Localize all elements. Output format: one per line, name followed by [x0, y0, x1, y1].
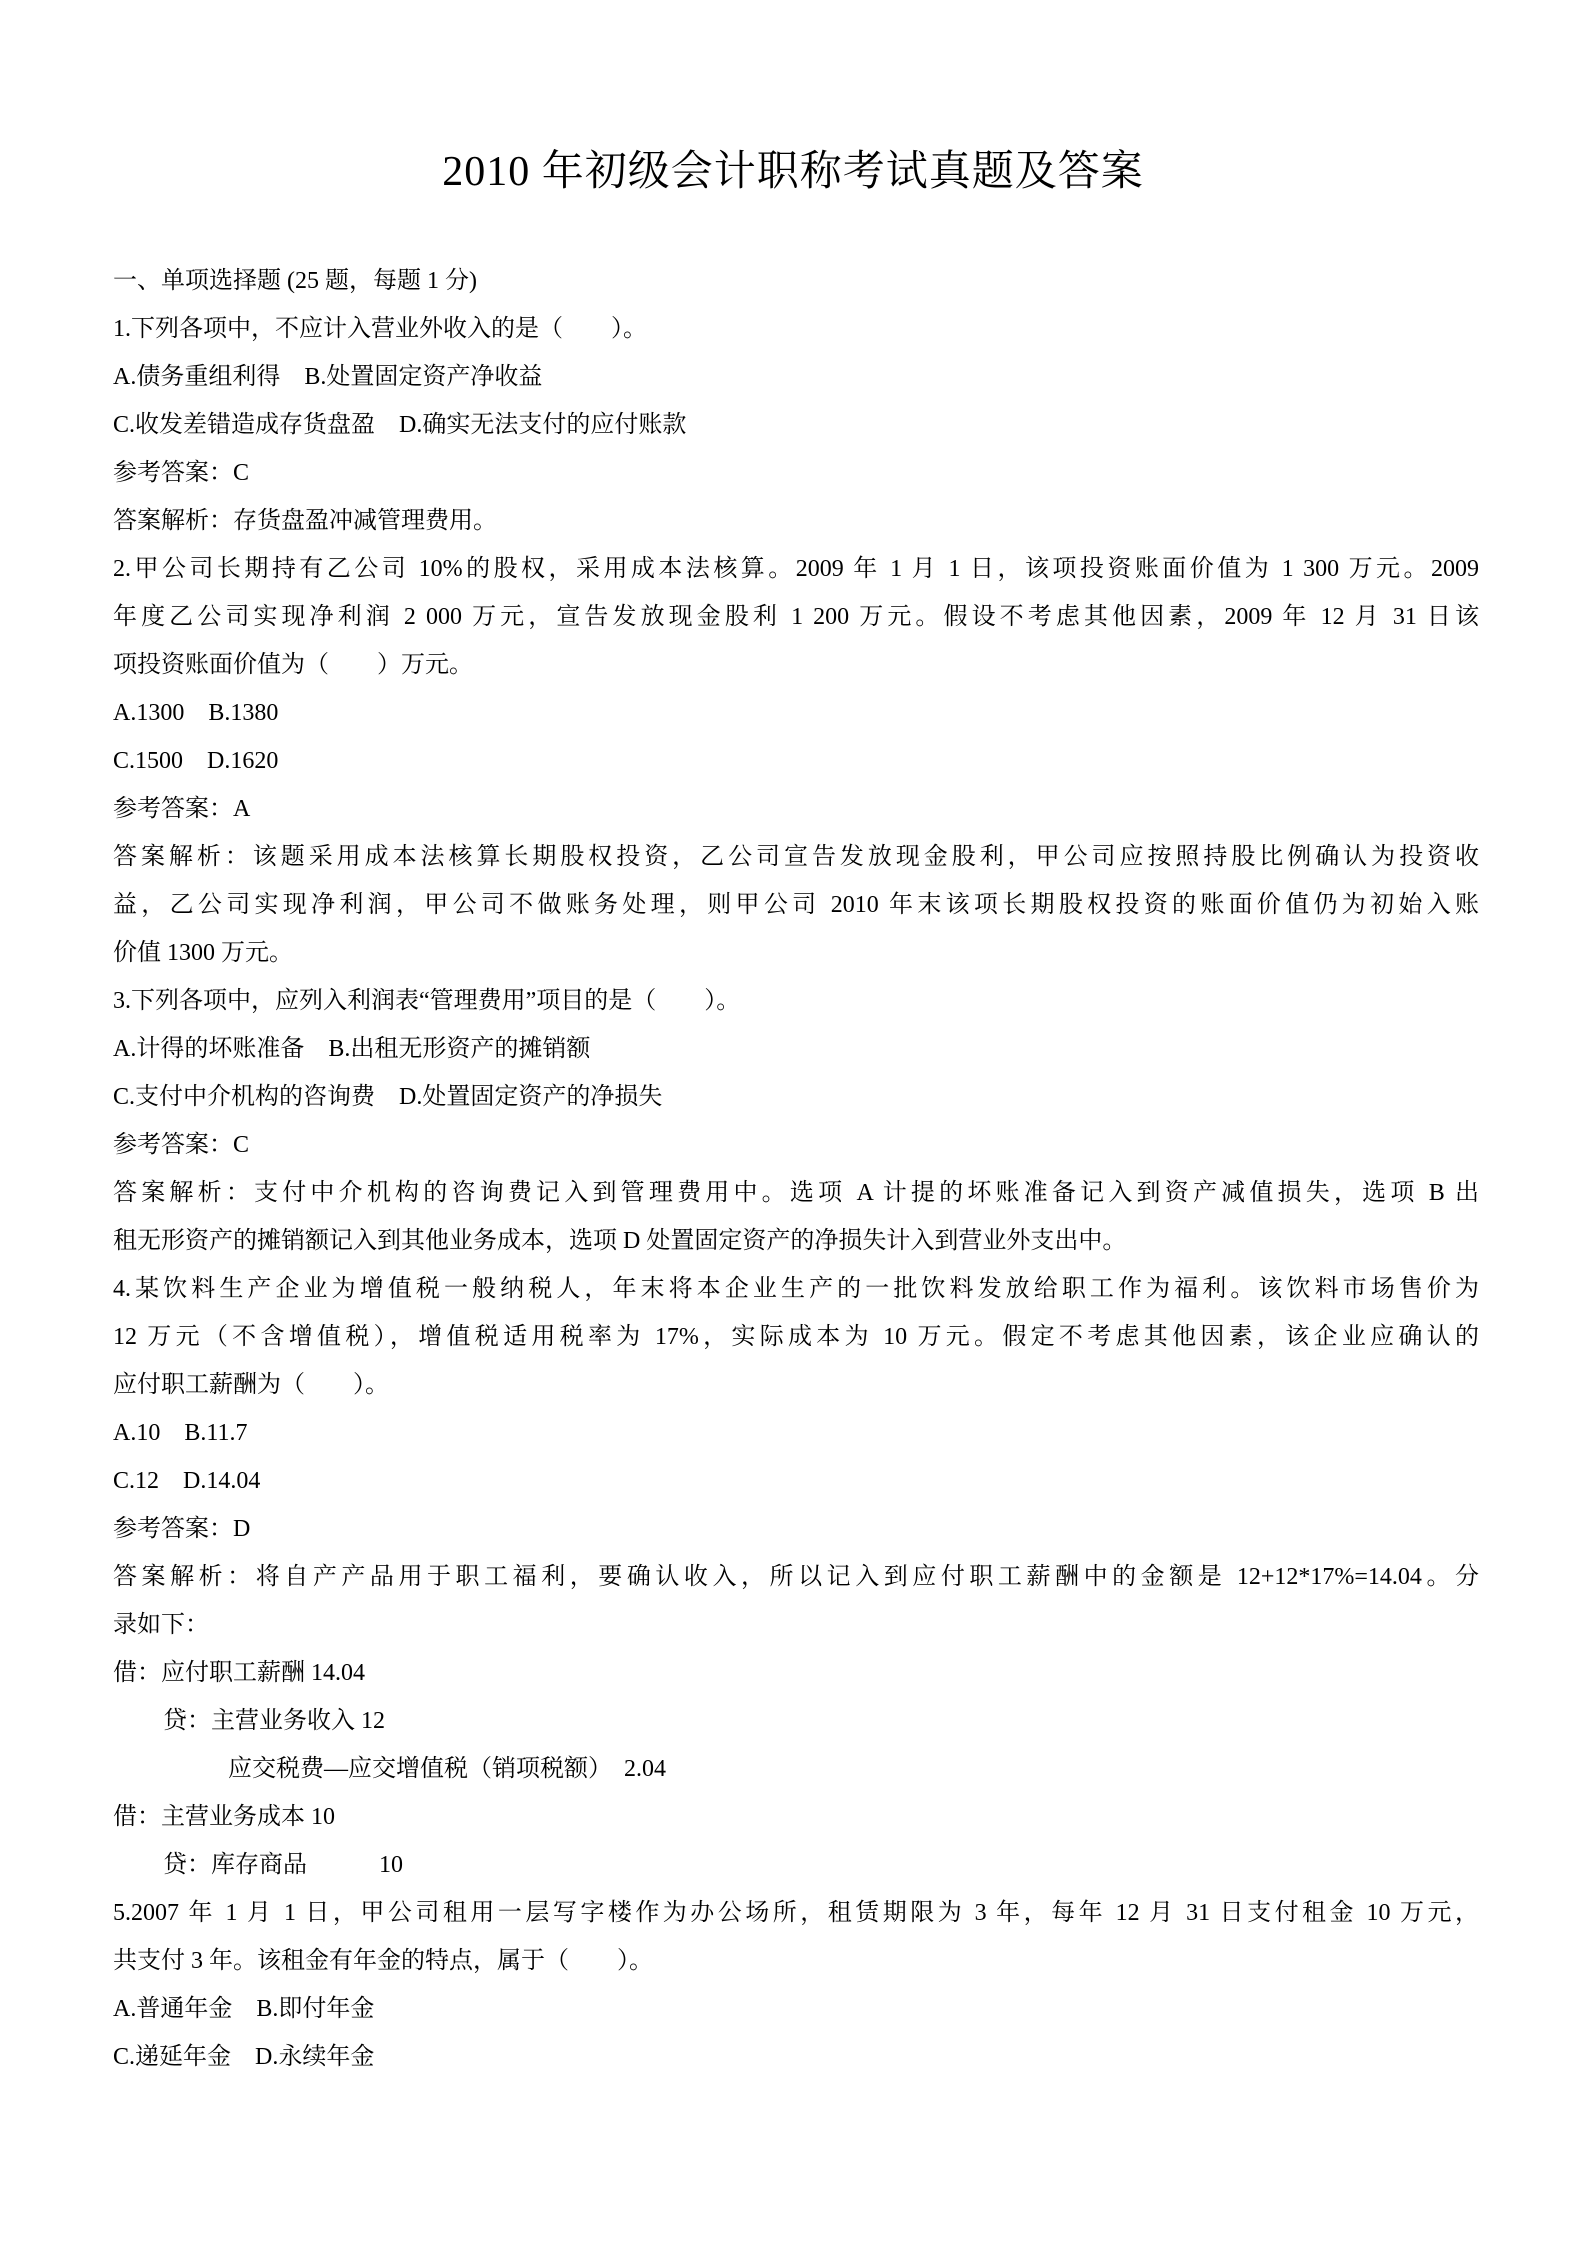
journal-entry: 贷：库存商品 10: [113, 1841, 1479, 1889]
document-page: 2010 年初级会计职称考试真题及答案 一、单项选择题 (25 题，每题 1 分…: [0, 0, 1586, 2244]
question-stem: 2.甲公司长期持有乙公司 10%的股权，采用成本法核算。2009 年 1 月 1…: [113, 545, 1479, 593]
question-stem: 4.某饮料生产企业为增值税一般纳税人，年末将本企业生产的一批饮料发放给职工作为福…: [113, 1265, 1479, 1313]
section-heading: 一、单项选择题 (25 题，每题 1 分): [113, 257, 1479, 305]
journal-entry: 应交税费—应交增值税（销项税额） 2.04: [113, 1745, 1479, 1793]
options-line: C.1500 D.1620: [113, 737, 1479, 785]
document-body: 一、单项选择题 (25 题，每题 1 分)1.下列各项中，不应计入营业外收入的是…: [113, 257, 1479, 2081]
question-stem: 共支付 3 年。该租金有年金的特点，属于（ ）。: [113, 1937, 1479, 1985]
question-stem: 年度乙公司实现净利润 2 000 万元，宣告发放现金股利 1 200 万元。假设…: [113, 593, 1479, 641]
options-line: A.债务重组利得 B.处置固定资产净收益: [113, 353, 1479, 401]
answer-analysis: 答案解析：将自产产品用于职工福利，要确认收入，所以记入到应付职工薪酬中的金额是 …: [113, 1553, 1479, 1601]
options-line: A.普通年金 B.即付年金: [113, 1985, 1479, 2033]
journal-entry: 贷：主营业务收入 12: [113, 1697, 1479, 1745]
question-stem: 3.下列各项中，应列入利润表“管理费用”项目的是（ ）。: [113, 977, 1479, 1025]
answer-analysis: 录如下：: [113, 1601, 1479, 1649]
answer-analysis: 租无形资产的摊销额记入到其他业务成本，选项 D 处置固定资产的净损失计入到营业外…: [113, 1217, 1479, 1265]
reference-answer: 参考答案：A: [113, 785, 1479, 833]
answer-analysis: 答案解析：该题采用成本法核算长期股权投资，乙公司宣告发放现金股利，甲公司应按照持…: [113, 833, 1479, 881]
options-line: C.递延年金 D.永续年金: [113, 2033, 1479, 2081]
reference-answer: 参考答案：C: [113, 1121, 1479, 1169]
answer-analysis: 益，乙公司实现净利润，甲公司不做账务处理，则甲公司 2010 年末该项长期股权投…: [113, 881, 1479, 929]
options-line: A.1300 B.1380: [113, 689, 1479, 737]
question-stem: 1.下列各项中，不应计入营业外收入的是（ ）。: [113, 305, 1479, 353]
document-title: 2010 年初级会计职称考试真题及答案: [0, 0, 1586, 194]
options-line: C.支付中介机构的咨询费 D.处置固定资产的净损失: [113, 1073, 1479, 1121]
question-stem: 5.2007 年 1 月 1 日，甲公司租用一层写字楼作为办公场所，租赁期限为 …: [113, 1889, 1479, 1937]
answer-analysis: 价值 1300 万元。: [113, 929, 1479, 977]
options-line: A.10 B.11.7: [113, 1409, 1479, 1457]
options-line: C.12 D.14.04: [113, 1457, 1479, 1505]
answer-analysis: 答案解析：存货盘盈冲减管理费用。: [113, 497, 1479, 545]
journal-entry: 借：应付职工薪酬 14.04: [113, 1649, 1479, 1697]
reference-answer: 参考答案：D: [113, 1505, 1479, 1553]
answer-analysis: 答案解析：支付中介机构的咨询费记入到管理费用中。选项 A 计提的坏账准备记入到资…: [113, 1169, 1479, 1217]
question-stem: 12 万元（不含增值税），增值税适用税率为 17%，实际成本为 10 万元。假定…: [113, 1313, 1479, 1361]
reference-answer: 参考答案：C: [113, 449, 1479, 497]
question-stem: 应付职工薪酬为（ ）。: [113, 1361, 1479, 1409]
journal-entry: 借：主营业务成本 10: [113, 1793, 1479, 1841]
question-stem: 项投资账面价值为（ ）万元。: [113, 641, 1479, 689]
options-line: C.收发差错造成存货盘盈 D.确实无法支付的应付账款: [113, 401, 1479, 449]
options-line: A.计得的坏账准备 B.出租无形资产的摊销额: [113, 1025, 1479, 1073]
